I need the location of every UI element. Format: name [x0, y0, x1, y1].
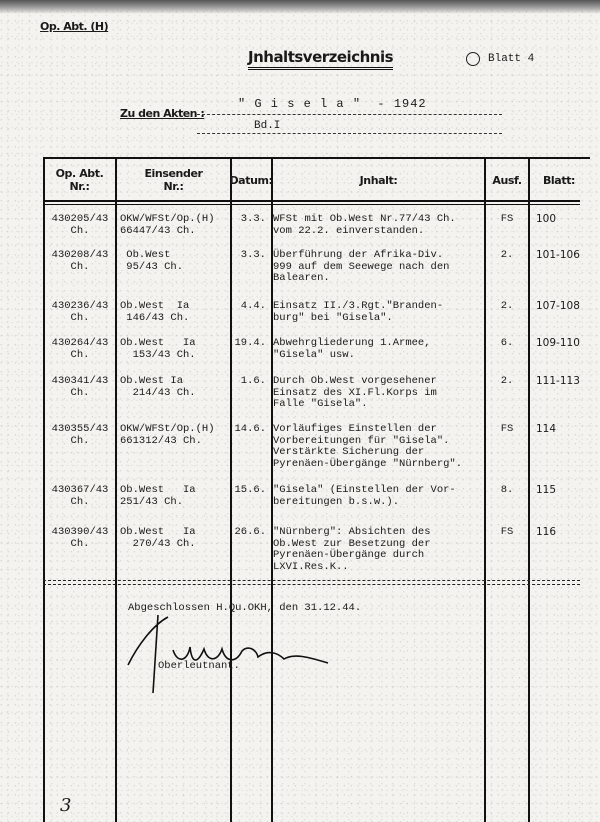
row-copies: FS	[486, 424, 528, 436]
table-top-rule	[43, 157, 590, 159]
row-sender: OKW/WFSt/Op.(H) 661312/43 Ch.	[120, 424, 230, 447]
signatory-rank: Oberleutnant.	[158, 660, 240, 672]
row-op-nr: 430390/43 Ch.	[44, 527, 116, 550]
row-date: 3.3.	[231, 214, 266, 226]
row-content: "Gisela" (Einstellen der Vor- bereitunge…	[273, 485, 485, 508]
row-sheet: 100	[536, 214, 590, 226]
header-op-nr: Op. Abt. Nr.:	[44, 160, 115, 200]
row-date: 1.6.	[231, 376, 266, 388]
row-sender: Ob.West Ia 270/43 Ch.	[120, 527, 230, 550]
header-content: Jnhalt:	[273, 160, 484, 200]
row-sender: Ob.West 95/43 Ch.	[120, 250, 230, 273]
punch-hole-icon	[466, 52, 480, 66]
row-copies: 8.	[486, 485, 528, 497]
row-op-nr: 430367/43 Ch.	[44, 485, 116, 508]
row-content: Überführung der Afrika-Div. 999 auf dem …	[273, 250, 485, 285]
header-copies: Ausf.	[486, 160, 528, 200]
sheet-number: Blatt 4	[466, 52, 534, 66]
header-double-rule	[43, 200, 580, 205]
scan-edge	[0, 0, 600, 14]
row-op-nr: 430264/43 Ch.	[44, 338, 116, 361]
row-content: WFSt mit Ob.West Nr.77/43 Ch. vom 22.2. …	[273, 214, 485, 237]
handwritten-mark: 3	[60, 795, 71, 816]
row-content: Durch Ob.West vorgesehener Einsatz des X…	[273, 376, 485, 411]
page-title: Jnhaltsverzeichnis	[248, 48, 393, 70]
department-label: Op. Abt. (H)	[40, 20, 108, 33]
row-op-nr: 430355/43 Ch.	[44, 424, 116, 447]
row-sheet: 101-106	[536, 250, 590, 262]
row-content: "Nürnberg": Absichten des Ob.West zur Be…	[273, 527, 485, 573]
row-sender: Ob.West Ia 214/43 Ch.	[120, 376, 230, 399]
row-sheet: 114	[536, 424, 590, 436]
row-sender: Ob.West Ia 146/43 Ch.	[120, 301, 230, 324]
row-date: 19.4.	[231, 338, 266, 350]
row-date: 14.6.	[231, 424, 266, 436]
row-copies: 2.	[486, 376, 528, 388]
row-content: Vorläufiges Einstellen der Vorbereitunge…	[273, 424, 485, 470]
row-op-nr: 430208/43 Ch.	[44, 250, 116, 273]
row-sender: Ob.West Ia 153/43 Ch.	[120, 338, 230, 361]
row-content: Abwehrgliederung 1.Armee, "Gisela" usw.	[273, 338, 485, 361]
row-sheet: 109-110	[536, 338, 590, 350]
row-copies: 2.	[486, 301, 528, 313]
files-label: Zu den Akten :	[120, 107, 204, 120]
files-value-operation: " G i s e l a " - 1942	[238, 97, 427, 111]
header-date: Datum:	[231, 160, 271, 200]
column-divider	[528, 158, 530, 822]
files-line-2	[197, 118, 502, 134]
row-content: Einsatz II./3.Rgt."Branden- burg" bei "G…	[273, 301, 485, 324]
row-sheet: 115	[536, 485, 590, 497]
row-op-nr: 430341/43 Ch.	[44, 376, 116, 399]
row-sheet: 116	[536, 527, 590, 539]
row-date: 26.6.	[231, 527, 266, 539]
row-copies: FS	[486, 214, 528, 226]
row-date: 3.3.	[231, 250, 266, 262]
row-copies: FS	[486, 527, 528, 539]
row-date: 15.6.	[231, 485, 266, 497]
signature	[118, 605, 338, 695]
row-sheet: 111-113	[536, 376, 590, 388]
header-sender: Einsender Nr.:	[117, 160, 230, 200]
row-op-nr: 430205/43 Ch.	[44, 214, 116, 237]
row-copies: 6.	[486, 338, 528, 350]
row-date: 4.4.	[231, 301, 266, 313]
header-sheet: Blatt:	[530, 160, 588, 200]
row-sheet: 107-108	[536, 301, 590, 313]
files-value-volume: Bd.I	[254, 120, 280, 132]
end-double-rule	[43, 580, 580, 585]
row-op-nr: 430236/43 Ch.	[44, 301, 116, 324]
row-copies: 2.	[486, 250, 528, 262]
row-sender: OKW/WFSt/Op.(H) 66447/43 Ch.	[120, 214, 230, 237]
sheet-label: Blatt 4	[488, 53, 534, 65]
row-sender: Ob.West Ia 251/43 Ch.	[120, 485, 230, 508]
